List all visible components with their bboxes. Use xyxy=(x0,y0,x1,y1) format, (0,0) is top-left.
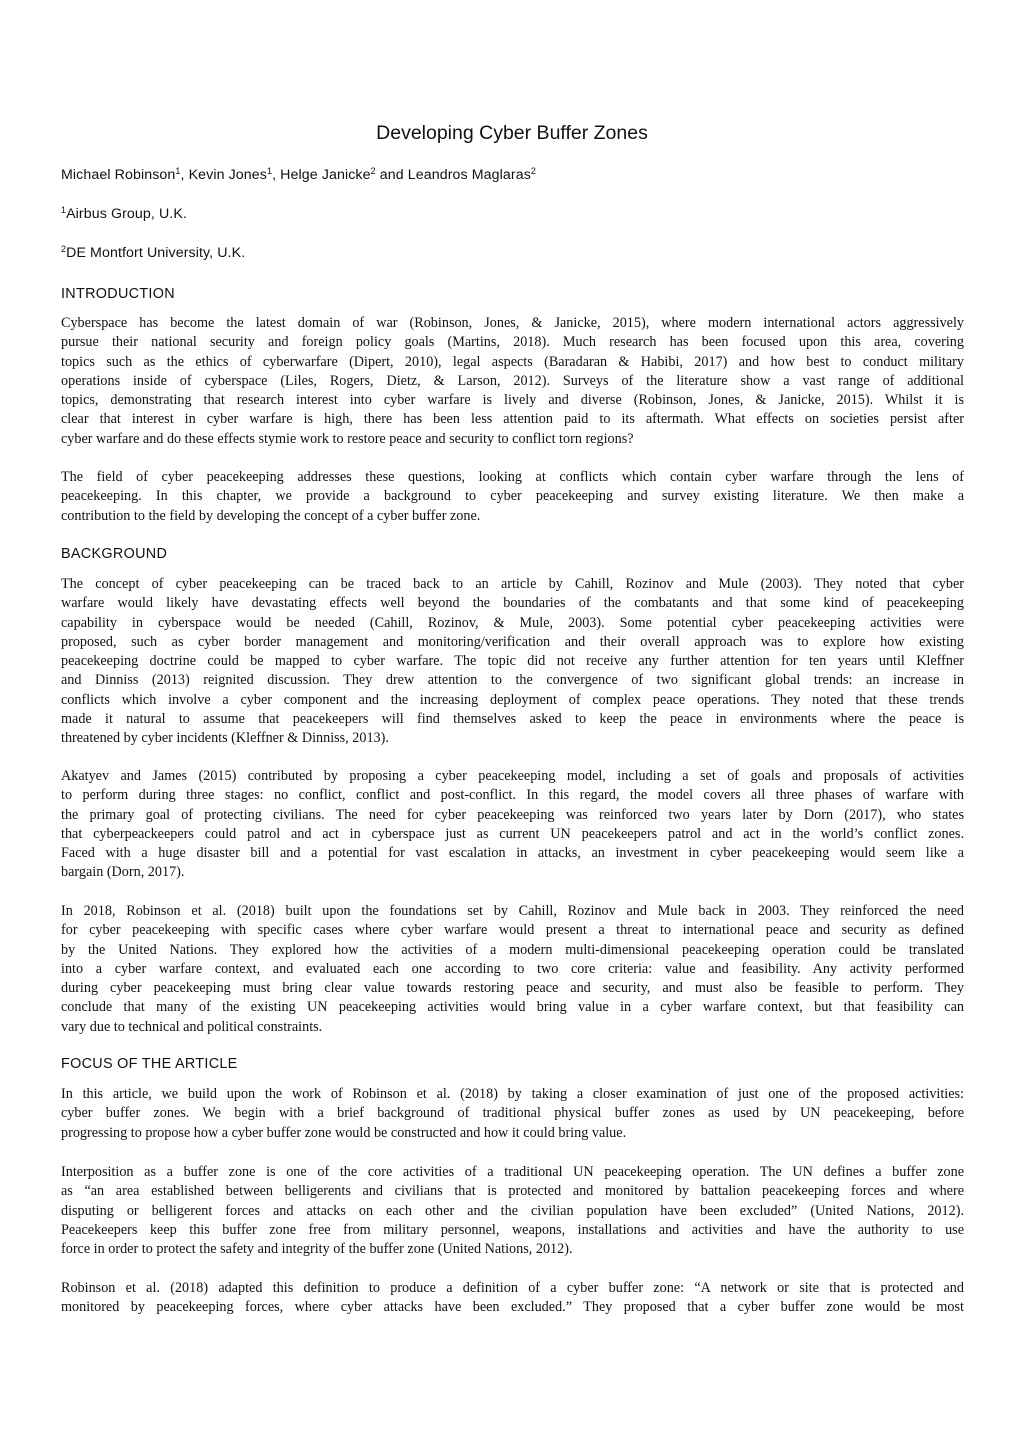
author-separator: , xyxy=(272,167,280,183)
text-line: pursue their national security and forei… xyxy=(61,333,964,352)
author-name: Kevin Jones xyxy=(189,167,267,183)
text-line: Faced with a huge disaster bill and a po… xyxy=(61,844,964,863)
author-name: Helge Janicke xyxy=(280,167,370,183)
text-line: topics, demonstrating that research inte… xyxy=(61,391,964,410)
text-line: peacekeeping. In this chapter, we provid… xyxy=(61,487,964,506)
text-line: In 2018, Robinson et al. (2018) built up… xyxy=(61,902,964,921)
text-line: The field of cyber peacekeeping addresse… xyxy=(61,468,964,487)
text-line: as “an area established between belliger… xyxy=(61,1182,964,1201)
paper-title-text: Developing Cyber Buffer Zones xyxy=(376,122,648,144)
text-line: cyber buffer zones. We begin with a brie… xyxy=(61,1104,964,1123)
text-line: threatened by cyber incidents (Kleffner … xyxy=(61,729,964,748)
text-line: Akatyev and James (2015) contributed by … xyxy=(61,767,964,786)
text-line: clear that interest in cyber warfare is … xyxy=(61,410,964,429)
text-line: to perform during three stages: no confl… xyxy=(61,786,964,805)
text-line: cyber warfare and do these effects stymi… xyxy=(61,430,964,449)
section-heading-introduction: INTRODUCTION xyxy=(61,286,175,302)
section-heading-focus: FOCUS OF THE ARTICLE xyxy=(61,1056,238,1072)
text-line: Interposition as a buffer zone is one of… xyxy=(61,1163,964,1182)
author-line: Michael Robinson1, Kevin Jones1, Helge J… xyxy=(61,167,536,183)
text-line: by the United Nations. They explored how… xyxy=(61,941,964,960)
text-line: monitored by peacekeeping forces, where … xyxy=(61,1298,964,1317)
text-line: Peacekeepers keep this buffer zone free … xyxy=(61,1221,964,1240)
text-line: conflicts which involve a cyber componen… xyxy=(61,691,964,710)
text-line: vary due to technical and political cons… xyxy=(61,1018,964,1037)
text-line: the primary goal of protecting civilians… xyxy=(61,806,964,825)
paragraph-intro-2: The field of cyber peacekeeping addresse… xyxy=(61,468,964,526)
document-page: Developing Cyber Buffer Zones Michael Ro… xyxy=(0,0,1024,1448)
paragraph-focus-3: Robinson et al. (2018) adapted this defi… xyxy=(61,1279,964,1318)
text-line: for cyber peacekeeping with specific cas… xyxy=(61,921,964,940)
text-line: force in order to protect the safety and… xyxy=(61,1240,964,1259)
text-line: peacekeeping doctrine could be mapped to… xyxy=(61,652,964,671)
text-line: operations inside of cyberspace (Liles, … xyxy=(61,372,964,391)
paragraph-intro-1: Cyberspace has become the latest domain … xyxy=(61,314,964,449)
text-line: progressing to propose how a cyber buffe… xyxy=(61,1124,964,1143)
text-line: capability in cyberspace would be needed… xyxy=(61,614,964,633)
paragraph-background-1: The concept of cyber peacekeeping can be… xyxy=(61,575,964,749)
paragraph-background-2: Akatyev and James (2015) contributed by … xyxy=(61,767,964,883)
text-line: into a cyber warfare context, and evalua… xyxy=(61,960,964,979)
affiliation-text: DE Montfort University, U.K. xyxy=(66,245,245,261)
text-line: The concept of cyber peacekeeping can be… xyxy=(61,575,964,594)
text-line: bargain (Dorn, 2017). xyxy=(61,863,964,882)
author-separator: and xyxy=(376,167,408,183)
paragraph-focus-2: Interposition as a buffer zone is one of… xyxy=(61,1163,964,1259)
text-line: conclude that many of the existing UN pe… xyxy=(61,998,964,1017)
author-name: Leandros Maglaras xyxy=(408,167,531,183)
text-line: Robinson et al. (2018) adapted this defi… xyxy=(61,1279,964,1298)
affiliation-1: 1Airbus Group, U.K. xyxy=(61,206,187,222)
paragraph-focus-1: In this article, we build upon the work … xyxy=(61,1085,964,1143)
paper-title: Developing Cyber Buffer Zones xyxy=(0,122,1024,145)
affiliation-text: Airbus Group, U.K. xyxy=(66,206,187,222)
text-line: In this article, we build upon the work … xyxy=(61,1085,964,1104)
text-line: topics such as the ethics of cyberwarfar… xyxy=(61,353,964,372)
text-line: and Dinniss (2013) reignited discussion.… xyxy=(61,671,964,690)
text-line: that cyberpeackeepers could patrol and a… xyxy=(61,825,964,844)
affiliation-mark: 2 xyxy=(531,166,536,176)
author-name: Michael Robinson xyxy=(61,167,175,183)
text-line: disputing or belligerent forces and atta… xyxy=(61,1202,964,1221)
text-line: Cyberspace has become the latest domain … xyxy=(61,314,964,333)
text-line: contribution to the field by developing … xyxy=(61,507,964,526)
text-line: during cyber peacekeeping must bring cle… xyxy=(61,979,964,998)
affiliation-2: 2DE Montfort University, U.K. xyxy=(61,245,245,261)
text-line: proposed, such as cyber border managemen… xyxy=(61,633,964,652)
author-separator: , xyxy=(180,167,188,183)
section-heading-background: BACKGROUND xyxy=(61,546,167,562)
paragraph-background-3: In 2018, Robinson et al. (2018) built up… xyxy=(61,902,964,1037)
text-line: warfare would likely have devastating ef… xyxy=(61,594,964,613)
text-line: made it natural to assume that peacekeep… xyxy=(61,710,964,729)
